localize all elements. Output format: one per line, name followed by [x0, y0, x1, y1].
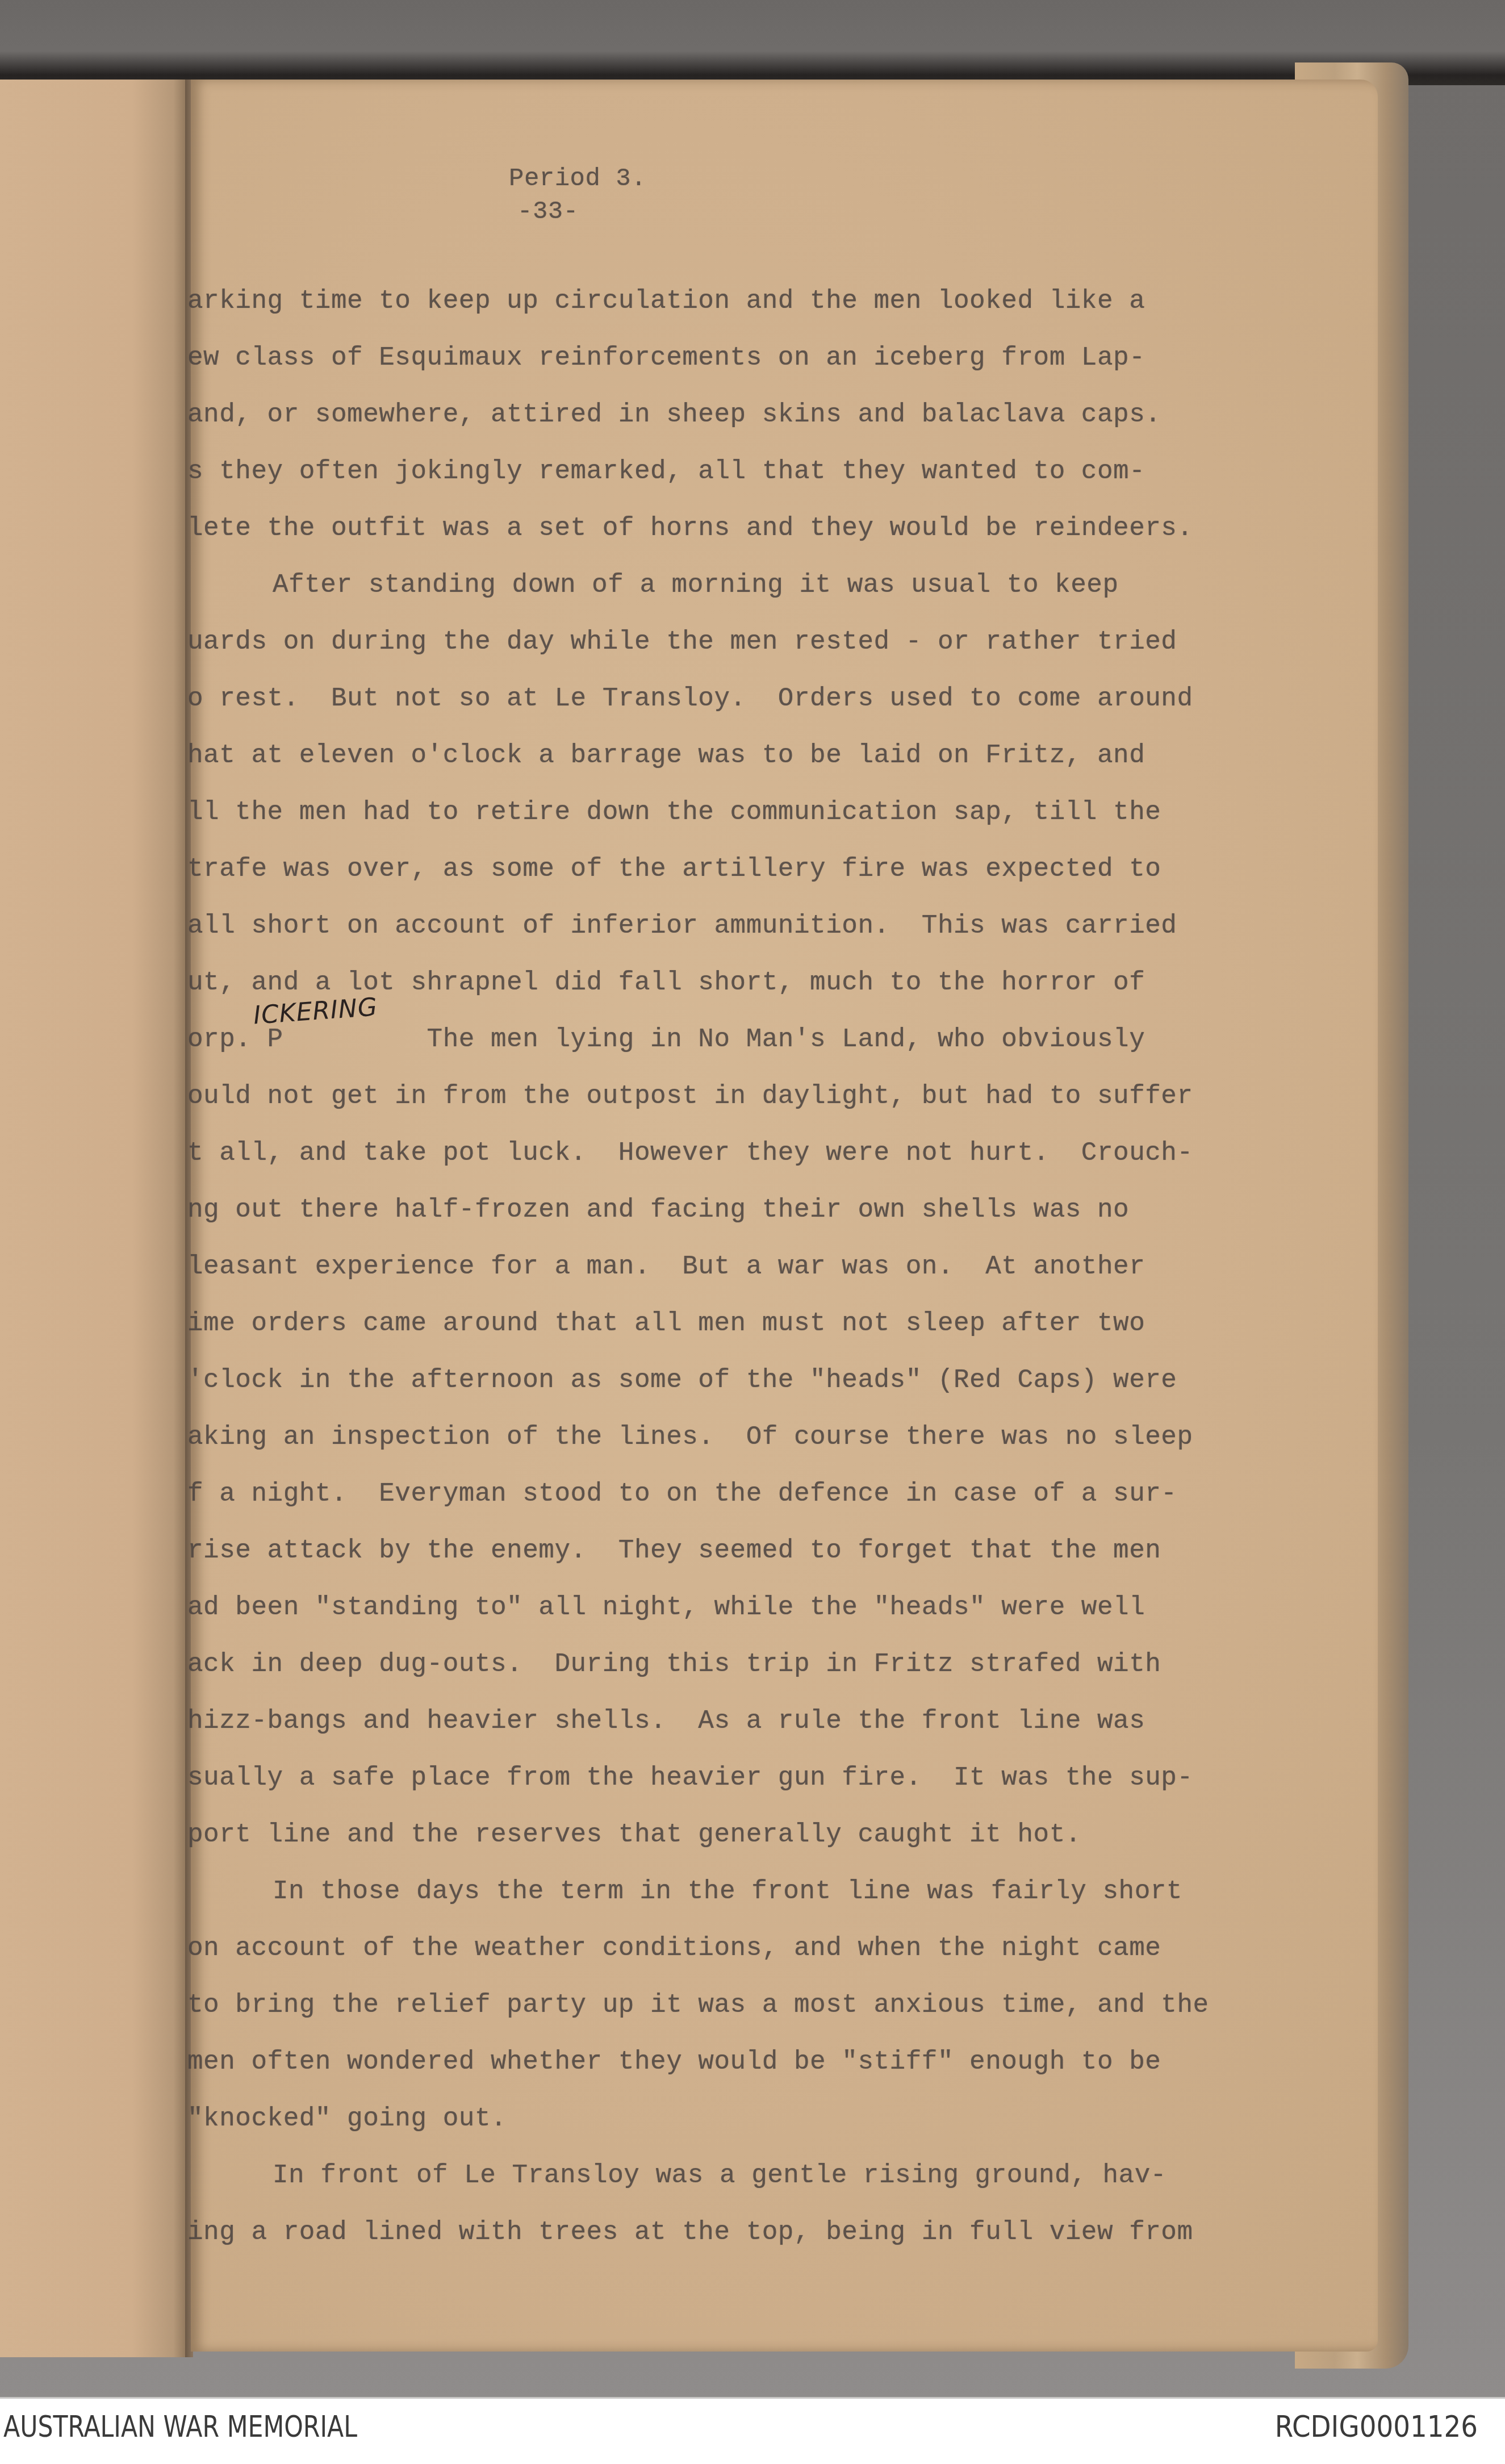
item-id: RCDIG0001126: [1275, 2410, 1478, 2444]
typed-line: ack in deep dug-outs. During this trip i…: [187, 1636, 1301, 1693]
typed-line: ing a road lined with trees at the top, …: [187, 2204, 1301, 2261]
typed-line: o rest. But not so at Le Transloy. Order…: [187, 670, 1301, 727]
typed-line: lete the outfit was a set of horns and t…: [187, 500, 1301, 557]
typed-line: sually a safe place from the heavier gun…: [187, 1749, 1301, 1806]
typed-line: all short on account of inferior ammunit…: [187, 897, 1301, 954]
typed-line: ime orders came around that all men must…: [187, 1295, 1301, 1352]
typed-line: and, or somewhere, attired in sheep skin…: [187, 386, 1301, 443]
typed-line: In front of Le Transloy was a gentle ris…: [187, 2147, 1386, 2204]
typed-line: port line and the reserves that generall…: [187, 1806, 1301, 1863]
typed-line: arking time to keep up circulation and t…: [187, 273, 1301, 329]
typed-page: Period 3. -33- arking time to keep up ci…: [191, 80, 1378, 2352]
typed-line: ew class of Esquimaux reinforcements on …: [187, 329, 1301, 386]
scanned-book-spread: Period 3. -33- arking time to keep up ci…: [0, 0, 1505, 2397]
typed-line: rise attack by the enemy. They seemed to…: [187, 1522, 1301, 1579]
institution-name: AUSTRALIAN WAR MEMORIAL: [3, 2410, 357, 2444]
period-heading: Period 3.: [509, 165, 646, 193]
typed-line: 'clock in the afternoon as some of the "…: [187, 1352, 1301, 1409]
typed-line: uards on during the day while the men re…: [187, 613, 1301, 670]
typed-line: on account of the weather conditions, an…: [187, 1920, 1301, 1977]
typed-line: In those days the term in the front line…: [187, 1863, 1386, 1920]
typed-body: arking time to keep up circulation and t…: [187, 273, 1386, 2261]
typed-line: f a night. Everyman stood to on the defe…: [187, 1465, 1301, 1522]
typed-line: trafe was over, as some of the artillery…: [187, 841, 1301, 897]
typed-line: hizz-bangs and heavier shells. As a rule…: [187, 1693, 1301, 1749]
typed-line: ad been "standing to" all night, while t…: [187, 1579, 1301, 1636]
typed-line: ll the men had to retire down the commun…: [187, 784, 1301, 841]
typed-line: ng out there half-frozen and facing thei…: [187, 1181, 1301, 1238]
typed-line: men often wondered whether they would be…: [187, 2033, 1301, 2090]
typed-line: aking an inspection of the lines. Of cou…: [187, 1409, 1301, 1465]
typed-line: leasant experience for a man. But a war …: [187, 1238, 1301, 1295]
typed-line: "knocked" going out.: [187, 2090, 1301, 2147]
typed-line: t all, and take pot luck. However they w…: [187, 1125, 1301, 1181]
typed-line: to bring the relief party up it was a mo…: [187, 1977, 1301, 2033]
typed-line: s they often jokingly remarked, all that…: [187, 443, 1301, 500]
page-number: -33-: [517, 198, 579, 226]
typed-line: After standing down of a morning it was …: [187, 557, 1386, 613]
typed-line: hat at eleven o'clock a barrage was to b…: [187, 727, 1301, 784]
left-page-blank: [0, 80, 189, 2357]
archive-footer: AUSTRALIAN WAR MEMORIAL RCDIG0001126: [0, 2397, 1505, 2464]
typed-line: ould not get in from the outpost in dayl…: [187, 1068, 1301, 1125]
